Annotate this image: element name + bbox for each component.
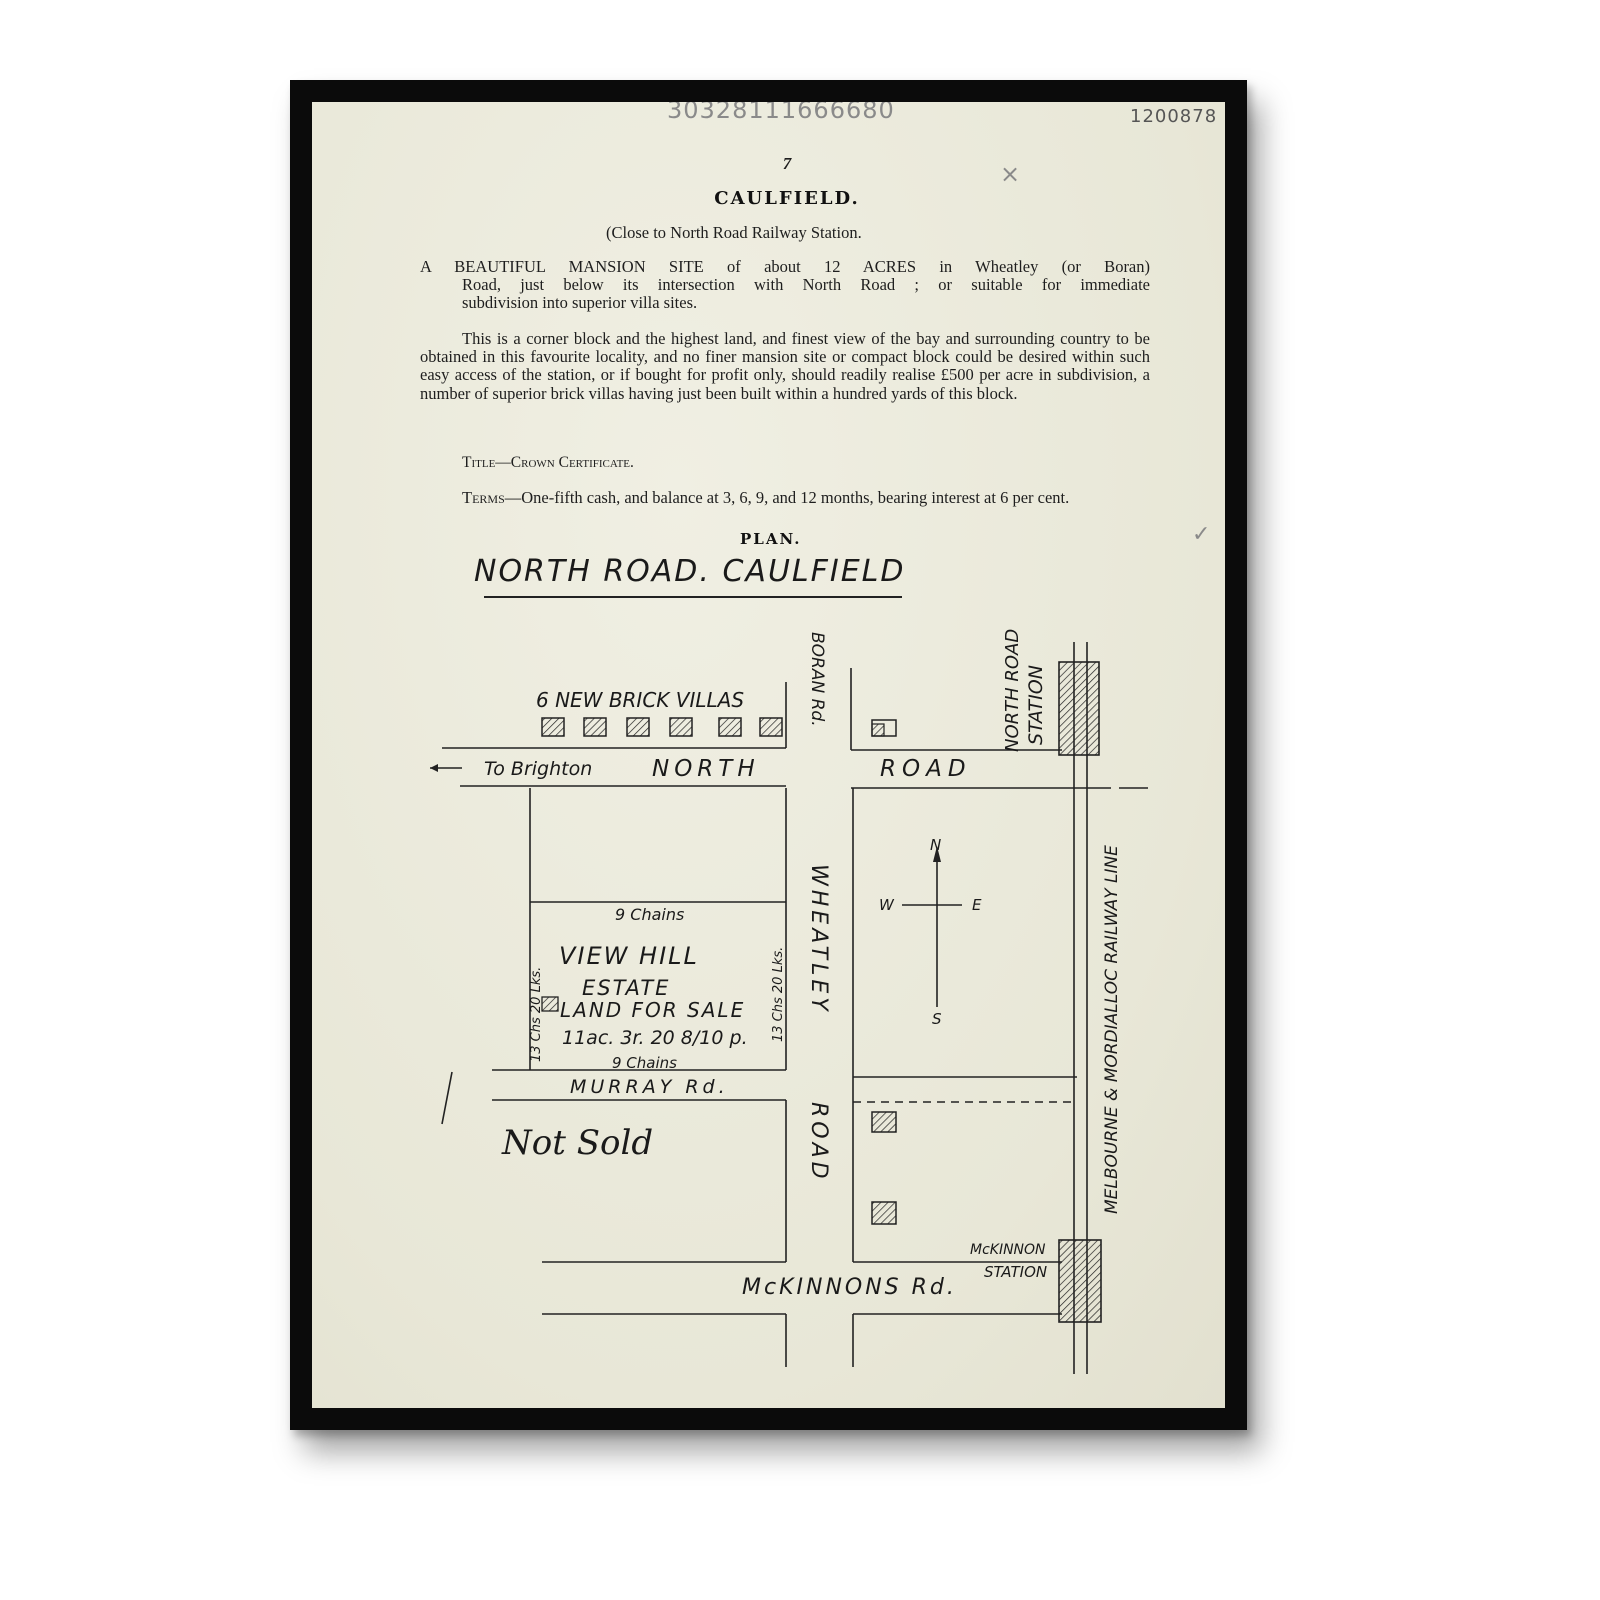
north-road-station-building [1059, 662, 1099, 755]
boran-rd-label: BORAN Rd. [807, 632, 827, 727]
side-right-label: 13 Chs 20 Lks. [771, 947, 786, 1042]
estate-name-2: ESTATE [582, 976, 670, 1000]
road-label: ROAD [880, 756, 972, 782]
north-label: NORTH [652, 756, 760, 782]
mckinnon-station-label-1: McKINNON [970, 1242, 1046, 1258]
compass-e: E [972, 896, 982, 914]
compass-n: N [930, 836, 941, 854]
mckinnon-station-label-2: STATION [984, 1263, 1047, 1281]
north-road-station-label-2: STATION [1025, 665, 1047, 745]
wheatley-label: WHEATLEY [806, 864, 831, 1015]
mckinnon-station-building [1059, 1240, 1101, 1322]
side-left-label: 13 Chs 20 Lks. [529, 967, 544, 1062]
villa-buildings [542, 718, 782, 736]
not-sold-annotation: Not Sold [501, 1123, 653, 1163]
north-road-station-label-1: NORTH ROAD [1002, 629, 1023, 752]
compass-s: S [932, 1010, 942, 1028]
murray-rd-label: MURRAY Rd. [570, 1076, 729, 1098]
land-for-sale-label: LAND FOR SALE [560, 998, 745, 1022]
compass-w: W [879, 896, 895, 914]
document-page: 30328111666680 1200878 × ✓ 7 CAULFIELD. … [312, 102, 1225, 1408]
plan-map: 6 NEW BRICK VILLAS To Brighton NORTH ROA… [312, 102, 1225, 1408]
nine-chains-top: 9 Chains [615, 905, 684, 924]
estate-name-1: VIEW HILL [559, 942, 699, 970]
to-brighton-label: To Brighton [484, 758, 592, 780]
nine-chains-bottom: 9 Chains [612, 1054, 677, 1072]
wheatley-road-label: ROAD [806, 1102, 831, 1183]
area-label: 11ac. 3r. 20 8/10 p. [562, 1027, 748, 1049]
mckinnons-rd-label: McKINNONS Rd. [742, 1275, 957, 1300]
railway-line-label: MELBOURNE & MORDIALLOC RAILWAY LINE [1102, 845, 1122, 1214]
villas-label: 6 NEW BRICK VILLAS [536, 688, 744, 712]
